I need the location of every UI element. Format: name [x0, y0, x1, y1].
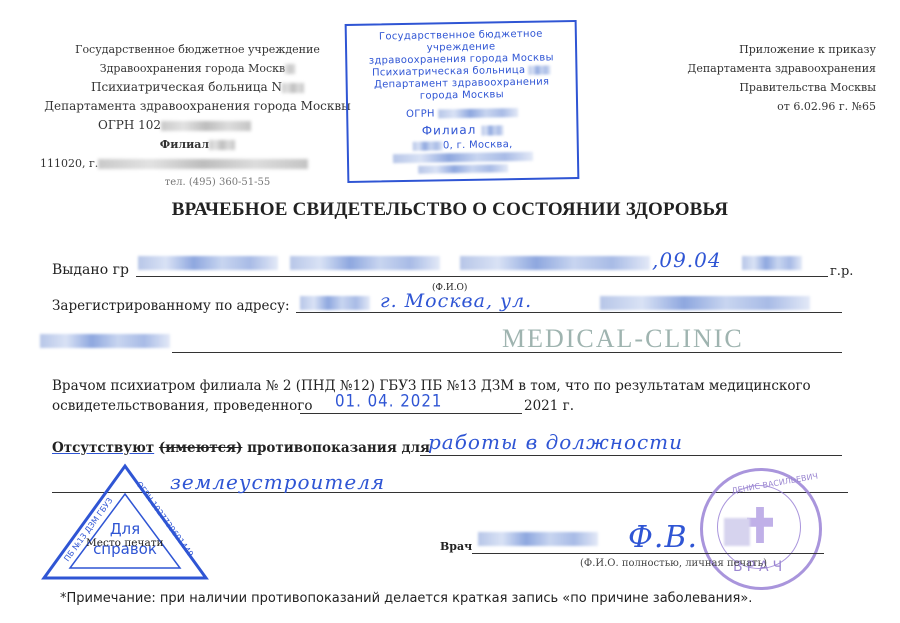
header-phone: тел. (495) 360-51-55: [40, 173, 355, 192]
contraindications-line-1: [420, 455, 842, 456]
statement-line-2-suffix: 2021 г.: [524, 398, 574, 414]
stamp-place-label: Место печати: [86, 537, 164, 549]
contraindications-handwritten-1: работы в должности: [428, 430, 683, 454]
address-handwritten: г. Москва, ул.: [380, 290, 532, 312]
order-line: Приложение к приказу: [680, 40, 876, 59]
organization-stamp: Государственное бюджетное учреждение здр…: [345, 20, 580, 183]
institution-header: Государственное бюджетное учреждение Здр…: [40, 40, 355, 192]
exam-date-line: [300, 413, 522, 414]
watermark: MEDICAL-CLINIC: [502, 324, 744, 354]
doctor-label: Врач: [440, 540, 472, 553]
redacted-signature: [724, 518, 750, 546]
header-ogrn: ОГРН 102: [40, 116, 355, 135]
issued-label: Выдано гр: [52, 262, 129, 278]
header-line: Психиатрическая больница N: [40, 78, 355, 97]
redacted-surname: [138, 256, 278, 270]
header-line: Департамента здравоохранения города Моск…: [40, 97, 355, 116]
header-address: 111020, г.: [40, 154, 355, 173]
redacted-name: [290, 256, 440, 270]
birth-year-suffix: г.р.: [830, 264, 853, 279]
redacted-doctor-name: [478, 532, 598, 546]
doctor-signature: Ф.В.: [628, 520, 698, 555]
redacted-patronymic: [460, 256, 650, 270]
redacted-postcode: [300, 296, 370, 310]
redacted-house: [40, 334, 170, 348]
birth-date-handwritten: ,09.04: [652, 248, 722, 272]
order-reference: Приложение к приказу Департамента здраво…: [680, 40, 876, 116]
document-title: ВРАЧЕБНОЕ СВИДЕТЕЛЬСТВО О СОСТОЯНИИ ЗДОР…: [0, 199, 900, 221]
order-line: Правительства Москвы: [680, 78, 876, 97]
address-label: Зарегистрированному по адресу:: [52, 298, 290, 314]
order-line: от 6.02.96 г. №65: [680, 97, 876, 116]
doctor-round-stamp: ДЕНИС ВАСИЛЬЕВИЧ ВРАЧ: [700, 468, 822, 590]
svg-text:Для: Для: [110, 520, 140, 538]
address-field-line: [296, 312, 842, 313]
doctor-caption: (Ф.И.О. полностью, личная печать): [580, 558, 767, 569]
order-line: Департамента здравоохранения: [680, 59, 876, 78]
contraindications-label: Отсутствуют (имеются) противопоказания д…: [52, 440, 430, 456]
header-branch: Филиал: [40, 135, 355, 154]
statement-line-2-prefix: освидетельствования, проведенного: [52, 398, 312, 414]
stamp-phone: [349, 162, 577, 178]
triangle-stamp: Для справок ПБ №13 ДЗМ ГБУЗ ОГРН 1027739…: [40, 462, 210, 582]
footnote: *Примечание: при наличии противопоказани…: [60, 591, 752, 606]
redacted-birth-year: [742, 256, 802, 270]
name-field-line: [136, 276, 828, 277]
header-line: Государственное бюджетное учреждение: [40, 40, 355, 59]
redacted-street: [600, 296, 810, 310]
exam-date-stamp: 01. 04. 2021: [335, 391, 442, 412]
header-line: Здравоохранения города Москв: [40, 59, 355, 78]
